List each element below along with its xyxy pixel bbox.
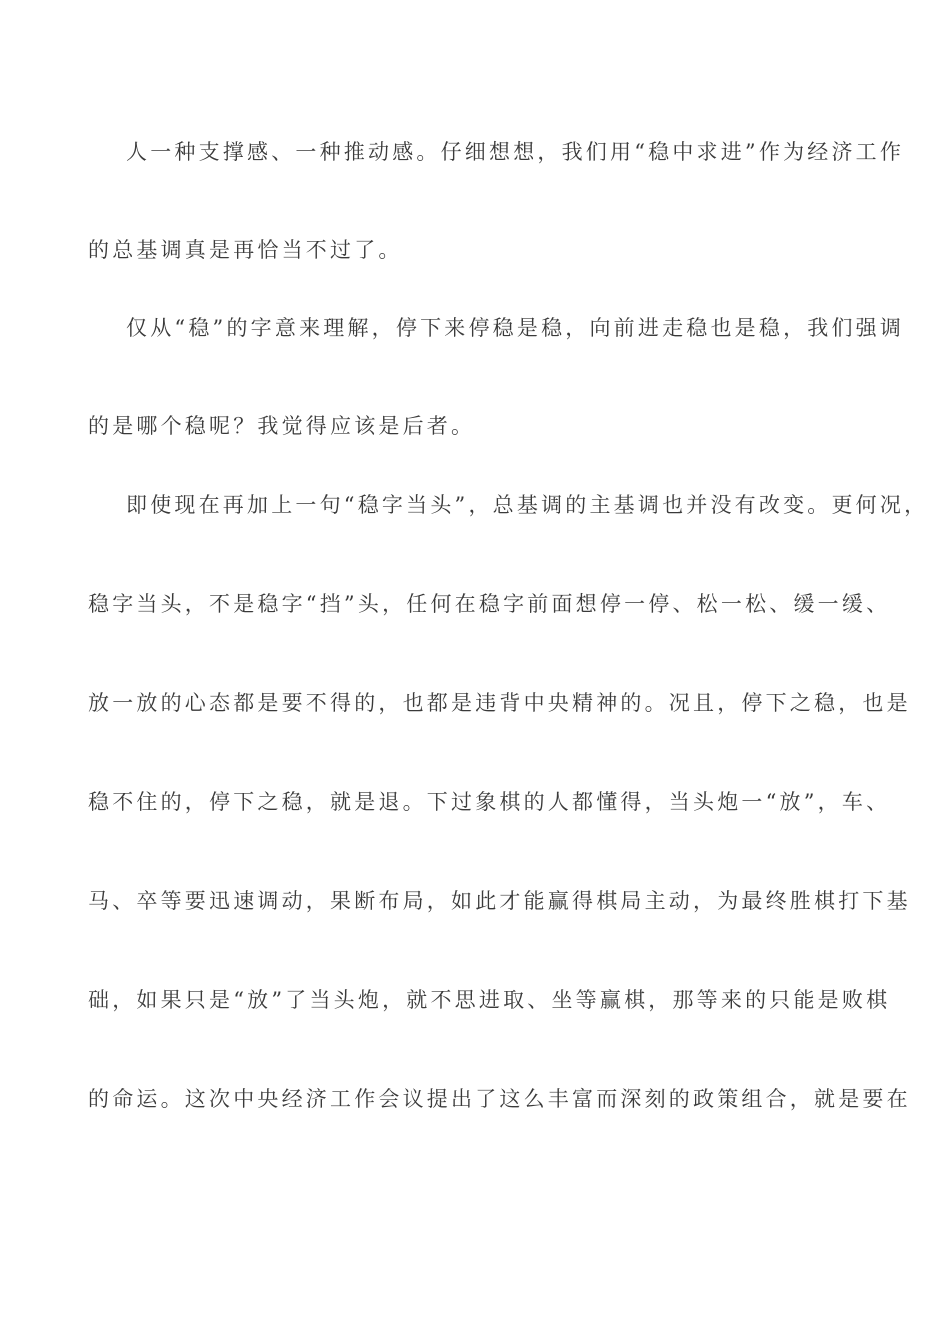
paragraph-line: 础，如果只是“放”了当头炮，就不思进取、坐等赢棋，那等来的只能是败棋 [88, 988, 878, 1012]
paragraph-line: 仅从“稳”的字意来理解，停下来停稳是稳，向前进走稳也是稳，我们强调 [126, 316, 916, 340]
paragraph-line: 人一种支撑感、一种推动感。仔细想想，我们用“稳中求进”作为经济工作 [126, 140, 916, 164]
paragraph-line: 放一放的心态都是要不得的，也都是违背中央精神的。况且，停下之稳，也是 [88, 691, 878, 715]
paragraph-line: 的是哪个稳呢？我觉得应该是后者。 [88, 414, 878, 438]
paragraph-line: 的命运。这次中央经济工作会议提出了这么丰富而深刻的政策组合，就是要在 [88, 1087, 878, 1111]
paragraph-line: 稳字当头，不是稳字“挡”头，任何在稳字前面想停一停、松一松、缓一缓、 [88, 592, 878, 616]
paragraph-line: 马、卒等要迅速调动，果断布局，如此才能赢得棋局主动，为最终胜棋打下基 [88, 889, 878, 913]
paragraph-line: 即使现在再加上一句“稳字当头”，总基调的主基调也并没有改变。更何况， [126, 493, 916, 517]
paragraph-line: 的总基调真是再恰当不过了。 [88, 238, 878, 262]
paragraph-line: 稳不住的，停下之稳，就是退。下过象棋的人都懂得，当头炮一“放”，车、 [88, 790, 878, 814]
